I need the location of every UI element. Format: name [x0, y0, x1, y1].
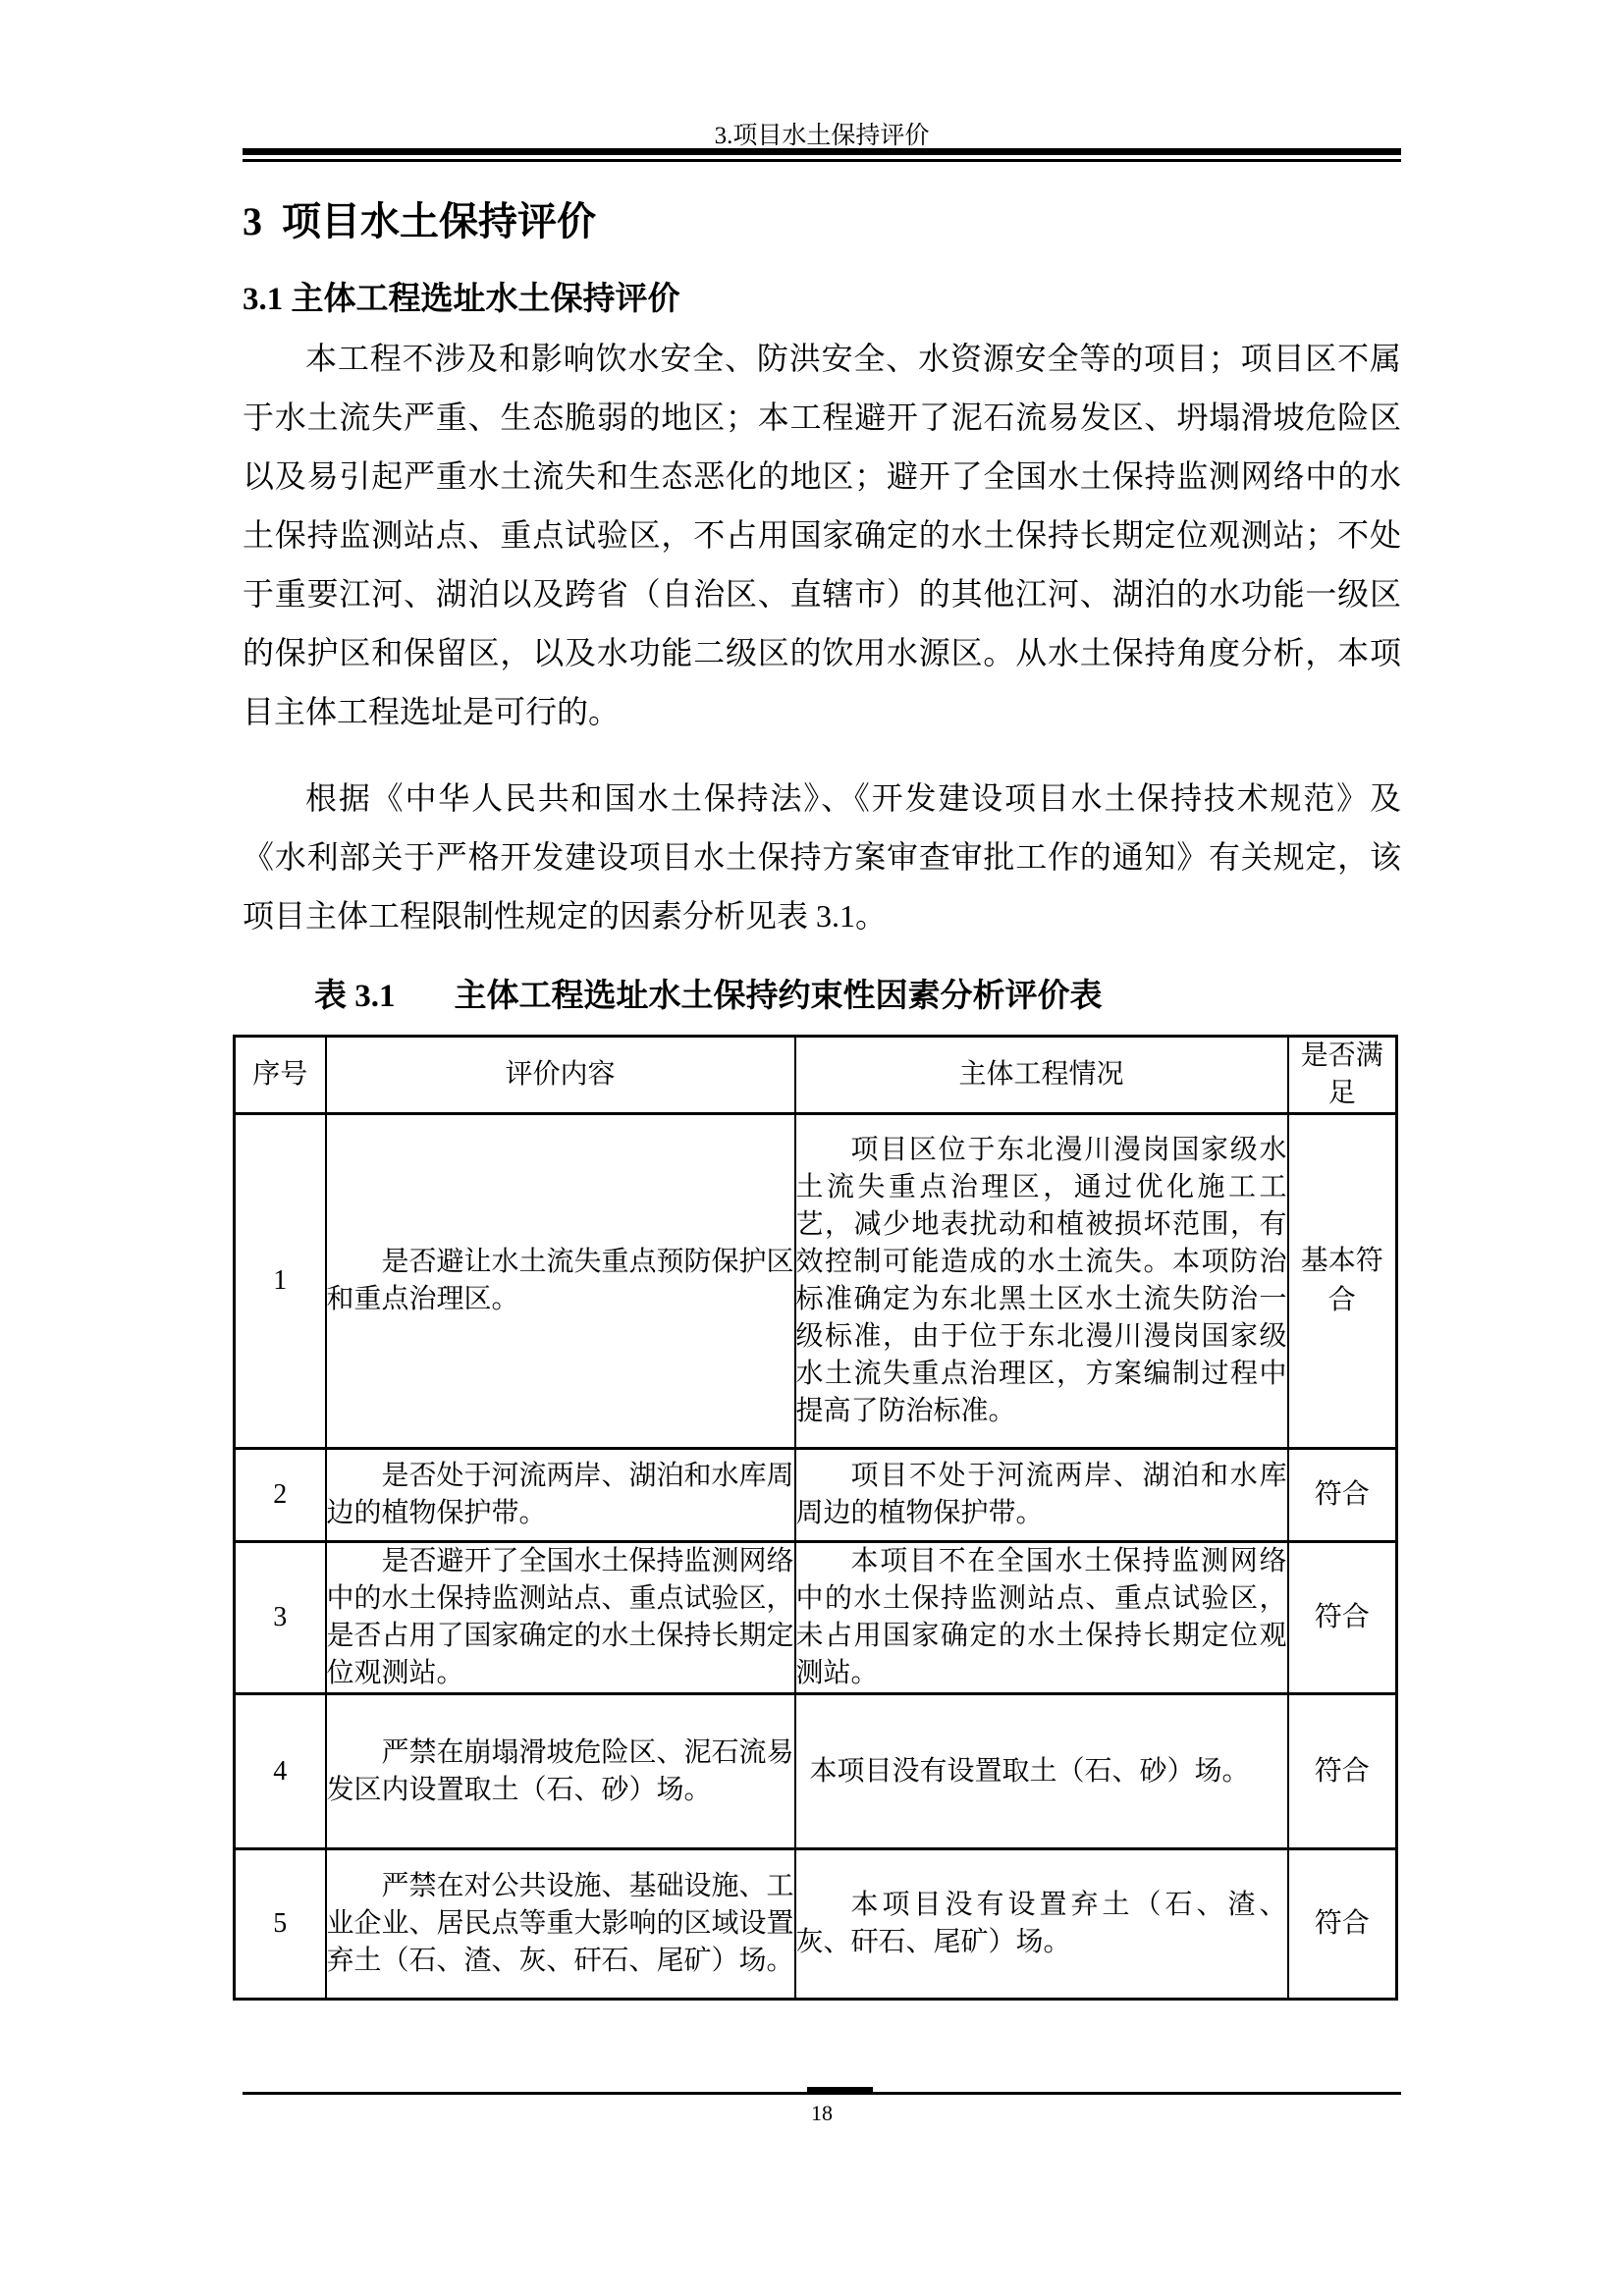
- footer-divider-rule: [243, 2092, 1401, 2095]
- cell-seq: 2: [235, 1449, 326, 1542]
- table-row: 3 是否避开了全国水土保持监测网络中的水土保持监测站点、重点试验区，是否占用了国…: [235, 1542, 1397, 1694]
- cell-satisfied: 符合: [1288, 1449, 1397, 1542]
- header-cell-satisfied: 是否满足: [1288, 1037, 1397, 1114]
- header-cell-seq: 序号: [235, 1037, 326, 1114]
- cell-situation: 项目区位于东北漫川漫岗国家级水土流失重点治理区，通过优化施工工艺，减少地表扰动和…: [795, 1114, 1288, 1449]
- cell-content: 严禁在崩塌滑坡危险区、泥石流易发区内设置取土（石、砂）场。: [326, 1694, 795, 1849]
- header-cell-situation: 主体工程情况: [795, 1037, 1288, 1114]
- cell-seq: 1: [235, 1114, 326, 1449]
- cell-content: 是否避让水土流失重点预防保护区和重点治理区。: [326, 1114, 795, 1449]
- chapter-title: 3 项目水土保持评价: [243, 190, 596, 246]
- evaluation-table: 序号 评价内容 主体工程情况 是否满足 1 是否避让水土流失重点预防保护区和重点…: [233, 1035, 1398, 2001]
- cell-seq: 5: [235, 1849, 326, 2000]
- table-caption-text: 主体工程选址水土保持约束性因素分析评价表: [455, 979, 1103, 1014]
- cell-situation: 本项目没有设置取土（石、砂）场。: [795, 1694, 1288, 1849]
- cell-satisfied: 符合: [1288, 1849, 1397, 2000]
- body-paragraph-2: 根据《中华人民共和国水土保持法》、《开发建设项目水土保持技术规范》及《水利部关于…: [243, 769, 1401, 945]
- cell-seq: 4: [235, 1694, 326, 1849]
- cell-content: 严禁在对公共设施、基础设施、工业企业、居民点等重大影响的区域设置弃土（石、渣、灰…: [326, 1849, 795, 2000]
- running-header-title: 3.项目水土保持评价: [243, 116, 1401, 151]
- body-paragraph-1: 本工程不涉及和影响饮水安全、防洪安全、水资源安全等的项目；项目区不属于水土流失严…: [243, 329, 1401, 741]
- table-row: 2 是否处于河流两岸、湖泊和水库周边的植物保护带。 项目不处于河流两岸、湖泊和水…: [235, 1449, 1397, 1542]
- document-page: 3.项目水土保持评价 3 项目水土保持评价 3.1 主体工程选址水土保持评价 本…: [0, 0, 1624, 2296]
- cell-content: 是否处于河流两岸、湖泊和水库周边的植物保护带。: [326, 1449, 795, 1542]
- table-header-row: 序号 评价内容 主体工程情况 是否满足: [235, 1037, 1397, 1114]
- table-row: 5 严禁在对公共设施、基础设施、工业企业、居民点等重大影响的区域设置弃土（石、渣…: [235, 1849, 1397, 2000]
- cell-satisfied: 符合: [1288, 1694, 1397, 1849]
- table-caption: 表 3.1主体工程选址水土保持约束性因素分析评价表: [243, 970, 1401, 1016]
- page-number: 18: [243, 2101, 1401, 2126]
- header-cell-content: 评价内容: [326, 1037, 795, 1114]
- cell-content: 是否避开了全国水土保持监测网络中的水土保持监测站点、重点试验区，是否占用了国家确…: [326, 1542, 795, 1694]
- cell-situation: 项目不处于河流两岸、湖泊和水库周边的植物保护带。: [795, 1449, 1288, 1542]
- cell-satisfied: 基本符合: [1288, 1114, 1397, 1449]
- table-row: 4 严禁在崩塌滑坡危险区、泥石流易发区内设置取土（石、砂）场。 本项目没有设置取…: [235, 1694, 1397, 1849]
- table-caption-label: 表 3.1: [314, 979, 396, 1014]
- cell-satisfied: 符合: [1288, 1542, 1397, 1694]
- section-heading: 3.1 主体工程选址水土保持评价: [243, 273, 680, 319]
- table-row: 1 是否避让水土流失重点预防保护区和重点治理区。 项目区位于东北漫川漫岗国家级水…: [235, 1114, 1397, 1449]
- cell-situation: 本项目没有设置弃土（石、渣、灰、矸石、尾矿）场。: [795, 1849, 1288, 2000]
- cell-situation: 本项目不在全国水土保持监测网络中的水土保持监测站点、重点试验区，未占用国家确定的…: [795, 1542, 1288, 1694]
- cell-seq: 3: [235, 1542, 326, 1694]
- header-divider-rule: [243, 148, 1401, 162]
